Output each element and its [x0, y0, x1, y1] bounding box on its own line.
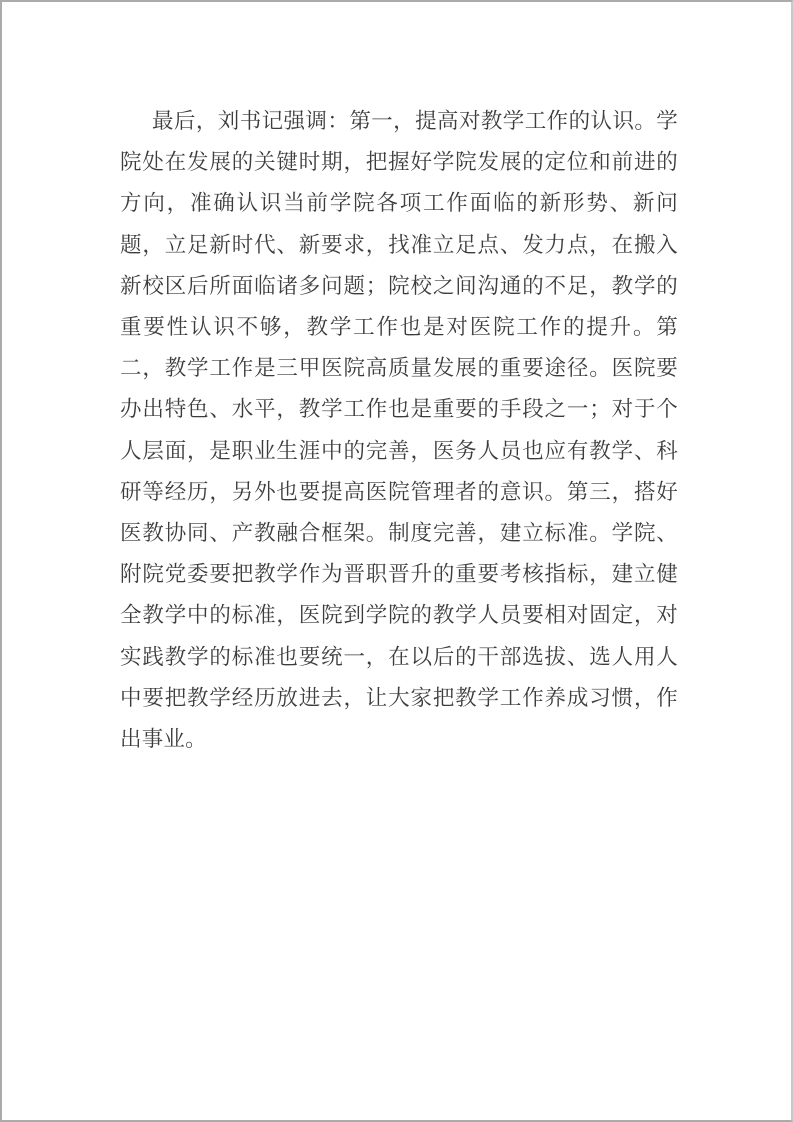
paragraph-liu-secretary-remarks: 最后，刘书记强调：第一，提高对教学工作的认识。学院处在发展的关键时期，把握好学院…: [120, 101, 678, 760]
document-text-area: 最后，刘书记强调：第一，提高对教学工作的认识。学院处在发展的关键时期，把握好学院…: [120, 101, 678, 760]
document-page: 最后，刘书记强调：第一，提高对教学工作的认识。学院处在发展的关键时期，把握好学院…: [0, 0, 793, 1122]
